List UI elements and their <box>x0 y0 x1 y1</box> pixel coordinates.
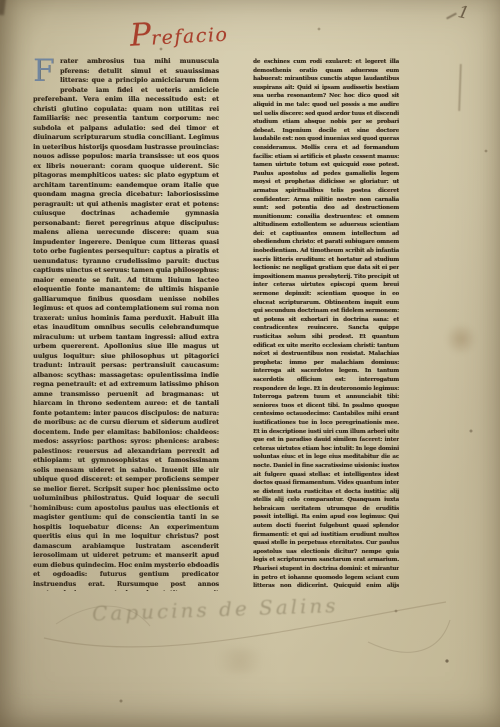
ownership-inscription: Capucins de Salins <box>92 590 413 625</box>
column-text: rater ambrosius tua mihi munuscula pfere… <box>33 57 219 591</box>
folio-number: 1 <box>456 2 471 24</box>
pen-stroke <box>446 13 457 20</box>
text-column-right: de eschines cum rodi exularet: et legere… <box>253 58 399 591</box>
text-column-left: Frater ambrosius tua mihi munuscula pfer… <box>33 57 219 591</box>
paper-stain <box>210 648 270 674</box>
paper-stain <box>446 322 476 356</box>
page-edge-mark <box>0 0 6 15</box>
column-text: de eschines cum rodi exularet: et legere… <box>253 59 399 591</box>
paper-crease <box>458 64 462 111</box>
illuminated-initial: F <box>33 58 56 87</box>
book-page: Prefacio 1 Frater ambrosius tua mihi mun… <box>0 0 500 727</box>
paper-speckles <box>0 0 2 2</box>
page-title: Prefacio <box>129 8 311 53</box>
